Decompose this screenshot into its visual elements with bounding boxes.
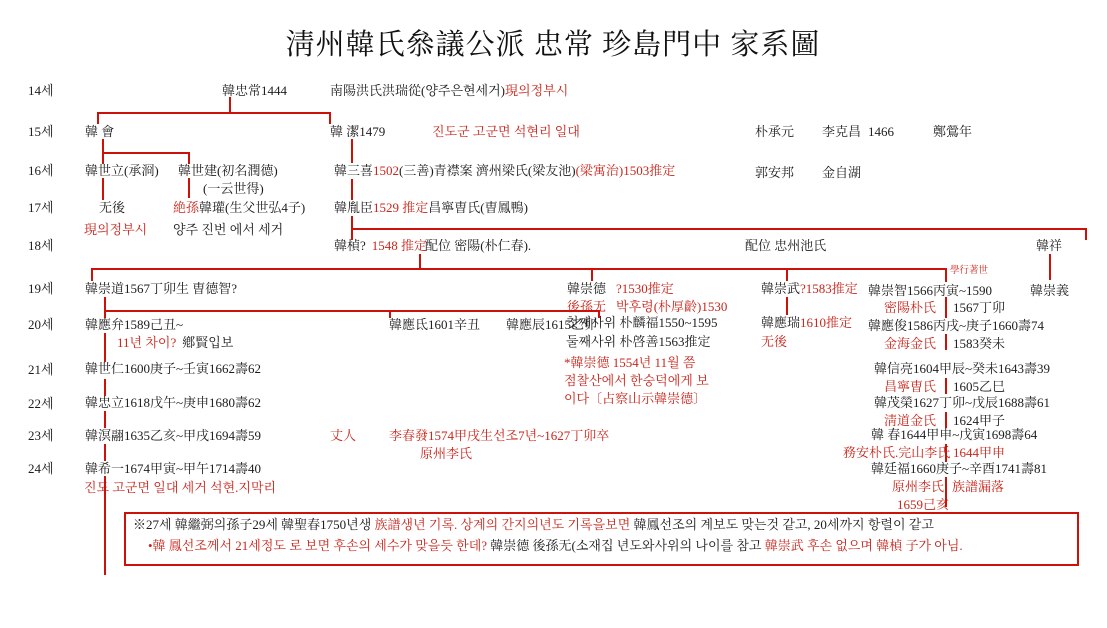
name-text: 韓應瑞 xyxy=(761,315,800,330)
connector-line xyxy=(91,268,93,281)
note-11-years: 11년 차이?鄕賢입보 xyxy=(117,336,233,350)
connector-line xyxy=(104,444,106,461)
connector-line xyxy=(329,112,331,124)
gen-label-22: 22세 xyxy=(28,397,54,411)
connector-line xyxy=(419,254,421,269)
spouse-text: 昌寧曺氏(曺鳳鴨) xyxy=(428,200,528,215)
node-21-spouse-year: 1605乙巳 xyxy=(953,380,1005,394)
year-red: 1502 xyxy=(373,163,399,178)
connector-line xyxy=(351,228,1087,230)
gap-note-red: 11년 차이? xyxy=(117,335,176,350)
node-24-han-huiil: 韓希一1674甲寅~甲午1714壽40 xyxy=(85,462,261,476)
connector-line xyxy=(102,178,104,200)
note-uijeongbu: 現의정부시 xyxy=(84,223,147,237)
footnote-line-2: •韓 鳳선조께서 21세정도 로 보면 후손의 세수가 맞을듯 한데? 韓崇德 … xyxy=(148,539,963,553)
note-sungdeok-1554-c: 이다〔占察山示韓崇德〕 xyxy=(564,392,706,406)
note-first-son-in-law: 첫째사위 朴麟福1550~1595 xyxy=(566,316,718,330)
connector-line xyxy=(945,297,947,318)
footnote-line-1: ※27세 韓繼弼의孫子29세 韓聖春1750년생 族譜생년 기록. 상계의 간지… xyxy=(133,518,934,532)
connector-line xyxy=(945,334,947,350)
node-21-han-sein: 韓世仁1600庚子~壬寅1662壽62 xyxy=(85,362,261,376)
node-16-kim-jaho: 金自湖 xyxy=(822,166,861,180)
node-18-spouse-chungju: 配位 忠州池氏 xyxy=(745,239,826,253)
gen-label-14: 14세 xyxy=(28,84,54,98)
connector-line xyxy=(104,476,106,575)
year-red: ?1530推定 xyxy=(616,281,674,296)
connector-line xyxy=(351,179,353,200)
footnote-2a: •韓 鳳선조께서 21세정도 로 보면 후손의 세수가 맞을듯 한데? xyxy=(148,538,490,553)
hyanghyeon-note: 鄕賢입보 xyxy=(182,335,233,350)
connector-line xyxy=(104,310,600,312)
connector-line xyxy=(97,112,99,124)
node-14-han-chungsang: 韓忠常1444 xyxy=(222,84,287,98)
node-18-han-jeong: 韓楨?1548 推定 xyxy=(334,239,427,253)
node-17-han-gwan: 絶孫韓瓘(生父世弘4子) xyxy=(173,201,305,215)
note-jindo-residence: 진도 고군면 일대 세거 석현.지막리 xyxy=(84,481,276,495)
connector-line xyxy=(1049,254,1051,280)
node-20-han-eungjun: 韓應俊1586丙戌~庚子1660壽74 xyxy=(868,319,1044,333)
node-20-han-eungbyeon: 韓應弁1589己丑~ xyxy=(85,318,183,332)
node-20-spouse-year: 1583癸未 xyxy=(953,337,1005,351)
connector-line xyxy=(104,310,106,318)
node-24-spouse-wonju-lee: 原州李氏 xyxy=(892,480,944,494)
node-15-year-1466: 1466 xyxy=(868,125,894,139)
connector-line xyxy=(591,268,593,281)
connector-line xyxy=(351,139,353,163)
year-red: 1529 推定 xyxy=(373,200,428,215)
node-14-spouse: 南陽洪氏洪瑞從(양주은현세거)現의정부시 xyxy=(330,84,568,98)
spouse-text: 南陽洪氏洪瑞從(양주은현세거) xyxy=(330,83,505,98)
node-19-spouse-miryang-park: 密陽朴氏 xyxy=(884,301,936,315)
connector-line xyxy=(102,152,190,154)
connector-line xyxy=(188,152,190,164)
connector-line xyxy=(97,112,331,114)
node-22-han-muyeong: 韓茂榮1627丁卯~戊辰1688壽61 xyxy=(874,396,1050,410)
node-22-spouse-cheongdo-kim: 淸道金氏 xyxy=(884,414,936,428)
note-sungdeok-1554-b: 점찰산에서 한숭덕에게 보 xyxy=(564,374,709,388)
connector-line xyxy=(945,477,947,507)
connector-line xyxy=(102,139,104,153)
connector-line xyxy=(229,97,231,113)
adopted-note: 絶孫 xyxy=(173,200,199,215)
node-15-residence-note: 진도군 고군면 석현리 일대 xyxy=(432,125,580,139)
connector-line xyxy=(1085,228,1087,240)
footnote-2b: 韓崇德 後孫无(소재집 년도와사위의 나이를 참고 xyxy=(490,538,764,553)
node-16-gwak-anbang: 郭安邦 xyxy=(755,166,794,180)
connector-line xyxy=(104,411,106,428)
node-16-han-segeon-alias: (一云世得) xyxy=(203,182,264,196)
note-no-heir: 无後 xyxy=(761,335,787,349)
family-tree-chart: 淸州韓氏叅議公派 忠常 珍島門中 家系圖 14세 15세 16세 17세 18세… xyxy=(0,0,1107,628)
connector-line xyxy=(102,152,104,164)
node-16-han-segeon: 韓世建(初名潤德) xyxy=(178,164,278,178)
name-text: 韓崇德 xyxy=(567,281,606,296)
node-19-spouse-year: 1567丁卯 xyxy=(953,301,1005,315)
spouse-text: (三善)青襟案 濟州梁氏(梁友池) xyxy=(399,163,576,178)
name-text: 韓瓘(生父世弘4子) xyxy=(199,200,305,215)
note-sungdeok-1554-a: *韓崇德 1554년 11월 쯤 xyxy=(564,356,695,370)
node-22-han-chungnip: 韓忠立1618戊午~庚申1680壽62 xyxy=(85,396,261,410)
note-wonju-lee: 原州李氏 xyxy=(420,447,472,461)
gen-label-17: 17세 xyxy=(28,201,54,215)
gen-label-15: 15세 xyxy=(28,125,54,139)
name-text: 韓三喜 xyxy=(334,163,373,178)
note-lee-chunbal: 李春發1574甲戌生선조7년~1627丁卯卒 xyxy=(389,429,609,443)
connector-line xyxy=(598,310,600,318)
node-19-han-sungmu: 韓崇武?1583推定 xyxy=(761,282,858,296)
node-15-han-gyeol: 韓 潔1479 xyxy=(330,125,385,139)
node-20-han-eungjeo: 韓應氐1601辛丑 xyxy=(389,318,480,332)
node-15-park-seungwon: 朴承元 xyxy=(755,125,794,139)
gen-label-24: 24세 xyxy=(28,462,54,476)
name-text: 韓楨? xyxy=(334,238,366,253)
node-20-han-eungseo: 韓應瑞1610推定 xyxy=(761,316,852,330)
gen-label-21: 21세 xyxy=(28,363,54,377)
node-17-no-heir: 无後 xyxy=(99,201,125,215)
gen-label-20: 20세 xyxy=(28,318,54,332)
note-second-son-in-law: 둘째사위 朴啓善1563推定 xyxy=(566,335,710,349)
node-19-han-sungdeok: 韓崇德?1530推定 xyxy=(567,282,674,296)
note-missing-genealogy: 族譜漏落 xyxy=(952,480,1004,494)
footnote-1a: ※27세 韓繼弼의孫子29세 韓聖春1750년생 xyxy=(133,517,375,532)
connector-line xyxy=(104,297,106,311)
spouse-note: 現의정부시 xyxy=(505,83,568,98)
note-haenghaeng: 學行著世 xyxy=(950,264,988,278)
year-red: 1610推定 xyxy=(800,315,852,330)
year-red: ?1583推定 xyxy=(800,281,858,296)
node-19-han-sungdo: 韓崇道1567丁卯生 曺德智? xyxy=(85,282,237,296)
connector-line xyxy=(188,178,190,198)
node-24-spouse-year: 1659己亥 xyxy=(897,498,949,512)
node-16-han-seip: 韓世立(承浻) xyxy=(85,164,159,178)
node-22-spouse-year: 1624甲子 xyxy=(953,414,1005,428)
spouse-note: (梁寓治)1503推定 xyxy=(576,163,676,178)
node-23-spouse-year: 1644甲申 xyxy=(953,446,1005,460)
node-21-han-sinryang: 韓信亮1604甲辰~癸未1643壽39 xyxy=(874,362,1050,376)
node-21-spouse-changnyeong-jo: 昌寧曺氏 xyxy=(884,380,936,394)
page-title: 淸州韓氏叅議公派 忠常 珍島門中 家系圖 xyxy=(286,22,821,63)
footnote-1c: 韓鳳선조의 계보도 맞는것 같고, 20세까지 항렬이 같고 xyxy=(630,517,934,532)
year-red: 1548 推定 xyxy=(372,238,427,253)
connector-line xyxy=(945,412,947,428)
connector-line xyxy=(104,333,106,362)
connector-line xyxy=(945,444,947,462)
node-24-han-jeongbok: 韓廷福1660庚子~辛酉1741壽81 xyxy=(871,462,1047,476)
node-17-han-yunsin: 韓胤臣1529 推定昌寧曺氏(曺鳳鴨) xyxy=(334,201,528,215)
gen-label-16: 16세 xyxy=(28,164,54,178)
connector-line xyxy=(786,268,788,281)
gen-label-18: 18세 xyxy=(28,239,54,253)
node-15-lee-geukchang: 李克昌 xyxy=(822,125,861,139)
connector-line xyxy=(104,379,106,396)
connector-line xyxy=(389,310,391,318)
node-15-han-hoe: 韓 會 xyxy=(85,125,114,139)
connector-line xyxy=(945,268,947,282)
connector-line xyxy=(786,297,788,315)
gen-label-23: 23세 xyxy=(28,429,54,443)
node-23-han-myeonghyek: 韓溟翮1635乙亥~甲戌1694壽59 xyxy=(85,429,261,443)
note-father-in-law-label: 丈人 xyxy=(330,429,356,443)
note-yangju: 양주 진번 에서 세거 xyxy=(173,223,283,237)
node-20-spouse-gimhae-kim: 金海金氏 xyxy=(884,337,936,351)
connector-line xyxy=(91,268,947,270)
park-huryeong: 박후령(朴厚齡)1530 xyxy=(616,299,727,314)
node-16-han-samhui: 韓三喜1502(三善)青襟案 濟州梁氏(梁友池)(梁寓治)1503推定 xyxy=(334,164,675,178)
node-23-spouse-muan-wansan: 務安朴氏.完山李氏 xyxy=(843,446,950,460)
connector-line xyxy=(945,378,947,394)
name-text: 韓胤臣 xyxy=(334,200,373,215)
node-18-spouse-miryang: 配位 密陽(朴仁春). xyxy=(425,239,531,253)
gen-label-19: 19세 xyxy=(28,282,54,296)
node-19-han-sungji: 韓崇智1566丙寅~1590 xyxy=(868,284,992,298)
node-19-han-sungui: 韓崇義 xyxy=(1030,284,1069,298)
node-15-jeong-aengnyeon: 鄭鶯年 xyxy=(933,125,972,139)
node-23-han-chun: 韓 春1644甲申~戊寅1698壽64 xyxy=(871,428,1037,442)
footnote-2c: 韓崇武 후손 없으며 韓楨 子가 아님. xyxy=(765,538,963,553)
footnote-1b: 族譜생년 기록. 상계의 간지의년도 기록을보면 xyxy=(375,517,631,532)
name-text: 韓崇武 xyxy=(761,281,800,296)
node-18-han-sang: 韓祥 xyxy=(1036,239,1062,253)
